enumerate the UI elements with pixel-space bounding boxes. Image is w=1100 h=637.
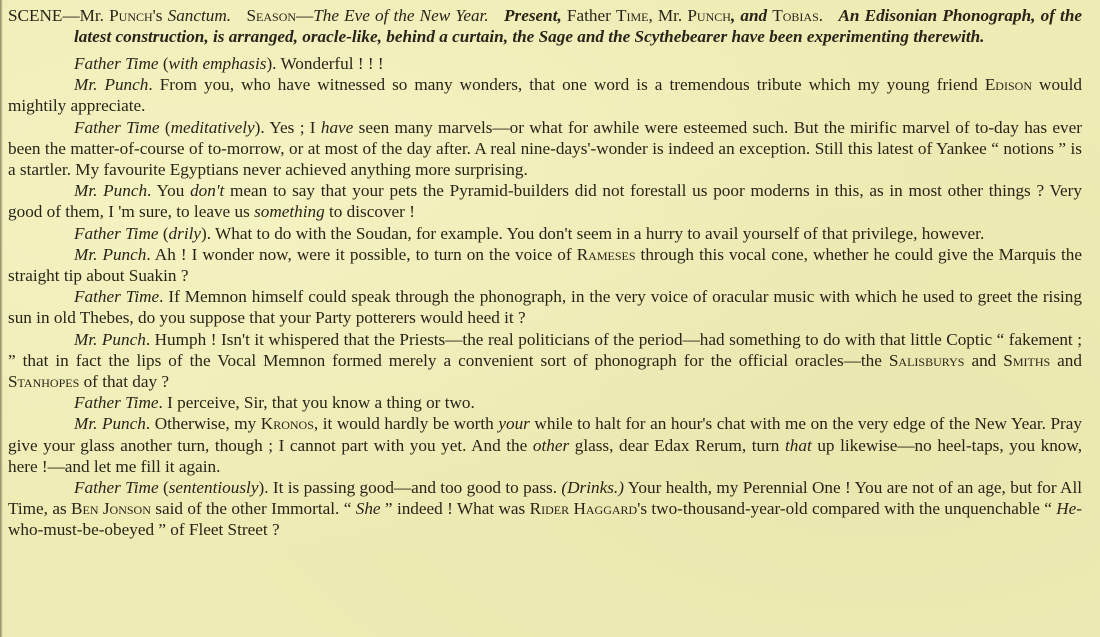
speech-text: . Wonderful ! ! !: [272, 54, 383, 73]
speech-text: of that day ?: [79, 372, 169, 391]
speaker-name: Mr. Punch: [74, 75, 148, 94]
dialogue-paragraph: Mr. Punch. From you, who have witnessed …: [8, 74, 1082, 116]
speech-text: . Ah ! I wonder now, were it possible, t…: [146, 245, 576, 264]
dash: —: [62, 6, 79, 25]
emphasis-text: your: [498, 414, 530, 433]
and-label: , and: [731, 6, 772, 25]
speaker-name: Father Time: [74, 54, 159, 73]
emphasis-text: other: [533, 436, 569, 455]
speech-text: . It is passing good—and too good to pas…: [264, 478, 561, 497]
speech-text: . Yes ; I: [260, 118, 321, 137]
speaker-name: Mr. Punch: [74, 330, 146, 349]
emphasis-text: that: [785, 436, 812, 455]
dialogue-paragraph: Mr. Punch. Otherwise, my Kronos, it woul…: [8, 413, 1082, 477]
speech-text: glass, dear Edax Rerum, turn: [569, 436, 785, 455]
proper-name: Edison: [985, 75, 1032, 94]
setting-possessive: 's: [153, 6, 168, 25]
season-label: Season: [246, 6, 296, 25]
document-page: SCENE—Mr. Punch's Sanctum. Season—The Ev…: [0, 0, 1100, 637]
speech-text: said of the other Immortal. “: [151, 499, 356, 518]
speech-text: to discover !: [325, 202, 415, 221]
emphasis-text: He: [1056, 499, 1076, 518]
stage-direction: (with emphasis): [163, 54, 272, 73]
character-tobias: Tobias: [772, 6, 819, 25]
proper-name: Salisburys: [889, 351, 965, 370]
season-value: The Eve of the New Year.: [313, 6, 488, 25]
speech-text: 's two-thousand-year-old compared with t…: [637, 499, 1056, 518]
speaker-name: Mr. Punch: [74, 181, 147, 200]
speaker-name: Father Time: [74, 287, 159, 306]
dialogue: Father Time (with emphasis). Wonderful !…: [8, 53, 1082, 541]
emphasis-text: have: [321, 118, 353, 137]
character-time: Time: [616, 6, 649, 25]
page-edge-rule: [0, 0, 3, 637]
dialogue-paragraph: Father Time. If Memnon himself could spe…: [8, 286, 1082, 328]
stage-direction: (meditatively): [165, 118, 260, 137]
setting-name: Punch: [109, 6, 153, 25]
speech-text: . What to do with the Soudan, for exampl…: [207, 224, 985, 243]
speech-text: , it would hardly be worth: [314, 414, 498, 433]
period: .: [819, 6, 823, 25]
speaker-name: Father Time: [74, 478, 159, 497]
speech-text: and: [964, 351, 1003, 370]
emphasis-text: (Drinks.): [561, 478, 624, 497]
speech-text: . You: [147, 181, 190, 200]
stage-direction: (drily): [163, 224, 207, 243]
character-punch: Punch: [687, 6, 731, 25]
setting-place: Sanctum.: [168, 6, 232, 25]
setting-prefix: Mr.: [80, 6, 109, 25]
dialogue-paragraph: Mr. Punch. You don't mean to say that yo…: [8, 180, 1082, 222]
character-prefix: , Mr.: [648, 6, 687, 25]
dialogue-paragraph: Father Time (sententiously). It is passi…: [8, 477, 1082, 541]
proper-name: Smiths: [1003, 351, 1050, 370]
speech-text: . If Memnon himself could speak through …: [8, 287, 1082, 327]
dialogue-paragraph: Father Time (meditatively). Yes ; I have…: [8, 117, 1082, 181]
emphasis-text: something: [254, 202, 325, 221]
dash: —: [296, 6, 313, 25]
emphasis-text: don't: [190, 181, 224, 200]
dialogue-paragraph: Mr. Punch. Ah ! I wonder now, were it po…: [8, 244, 1082, 286]
proper-name: Ben Jonson: [71, 499, 151, 518]
scene-label: SCENE: [8, 6, 62, 25]
speaker-name: Mr. Punch: [74, 414, 146, 433]
speech-text: . I perceive, Sir, that you know a thing…: [159, 393, 475, 412]
proper-name: Stanhopes: [8, 372, 79, 391]
scene-heading: SCENE—Mr. Punch's Sanctum. Season—The Ev…: [8, 6, 1082, 47]
character-prefix: Father: [562, 6, 616, 25]
speech-text: . Otherwise, my: [146, 414, 261, 433]
dialogue-paragraph: Mr. Punch. Humph ! Isn't it whispered th…: [8, 329, 1082, 393]
proper-name: Kronos: [261, 414, 314, 433]
speaker-name: Mr. Punch: [74, 245, 146, 264]
dialogue-paragraph: Father Time (drily). What to do with the…: [8, 223, 1082, 244]
proper-name: Rameses: [577, 245, 636, 264]
proper-name: Rider Haggard: [530, 499, 638, 518]
speech-text: and: [1050, 351, 1082, 370]
dialogue-paragraph: Father Time. I perceive, Sir, that you k…: [8, 392, 1082, 413]
speaker-name: Father Time: [74, 118, 160, 137]
speaker-name: Father Time: [74, 224, 159, 243]
dialogue-paragraph: Father Time (with emphasis). Wonderful !…: [8, 53, 1082, 74]
speaker-name: Father Time: [74, 393, 159, 412]
speech-text: . From you, who have witnessed so many w…: [148, 75, 984, 94]
present-label: Present,: [504, 6, 562, 25]
stage-direction: (sententiously): [163, 478, 264, 497]
speech-text: ” indeed ! What was: [381, 499, 530, 518]
emphasis-text: She: [356, 499, 381, 518]
